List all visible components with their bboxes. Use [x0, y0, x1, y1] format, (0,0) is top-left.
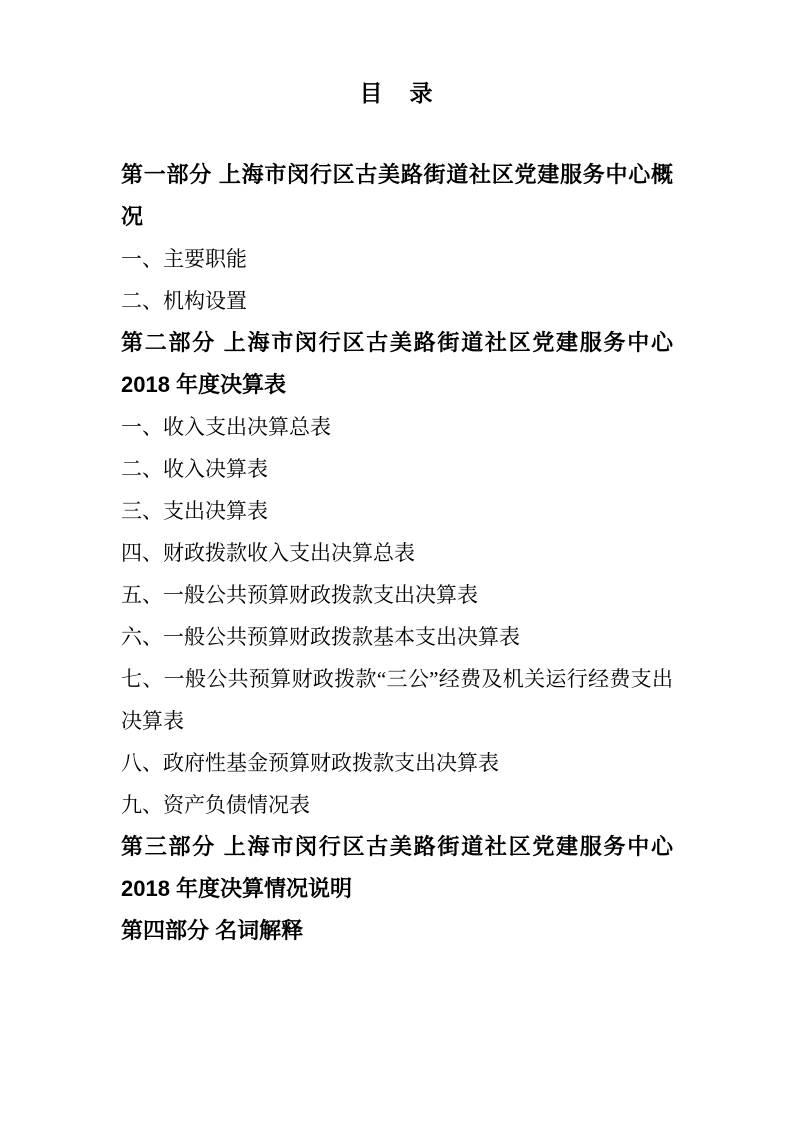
toc-item-expense-statement: 三、支出决算表	[121, 490, 673, 532]
toc-item-general-budget-expense: 五、一般公共预算财政拨款支出决算表	[121, 574, 673, 616]
toc-item-assets-liabilities: 九、资产负债情况表	[121, 784, 673, 826]
toc-item-three-public-funds-expense: 七、一般公共预算财政拨款“三公”经费及机关运行经费支出决算表	[121, 658, 673, 742]
toc-section-heading-part4: 第四部分 名词解释	[121, 910, 673, 952]
toc-item-fiscal-appropriation-summary: 四、财政拨款收入支出决算总表	[121, 532, 673, 574]
toc-item-org-structure: 二、机构设置	[121, 280, 673, 322]
toc-item-income-statement: 二、收入决算表	[121, 448, 673, 490]
page-title: 目 录	[121, 72, 673, 114]
toc-item-main-functions: 一、主要职能	[121, 238, 673, 280]
toc-section-heading-part3: 第三部分 上海市闵行区古美路街道社区党建服务中心 2018 年度决算情况说明	[121, 826, 673, 910]
toc-item-general-budget-basic-expense: 六、一般公共预算财政拨款基本支出决算表	[121, 616, 673, 658]
toc-item-gov-fund-budget-expense: 八、政府性基金预算财政拨款支出决算表	[121, 742, 673, 784]
toc-section-heading-part1: 第一部分 上海市闵行区古美路街道社区党建服务中心概况	[121, 154, 673, 238]
document-page: 目 录 第一部分 上海市闵行区古美路街道社区党建服务中心概况 一、主要职能 二、…	[0, 0, 793, 1122]
toc-item-income-expense-summary: 一、收入支出决算总表	[121, 406, 673, 448]
toc-section-heading-part2: 第二部分 上海市闵行区古美路街道社区党建服务中心 2018 年度决算表	[121, 322, 673, 406]
